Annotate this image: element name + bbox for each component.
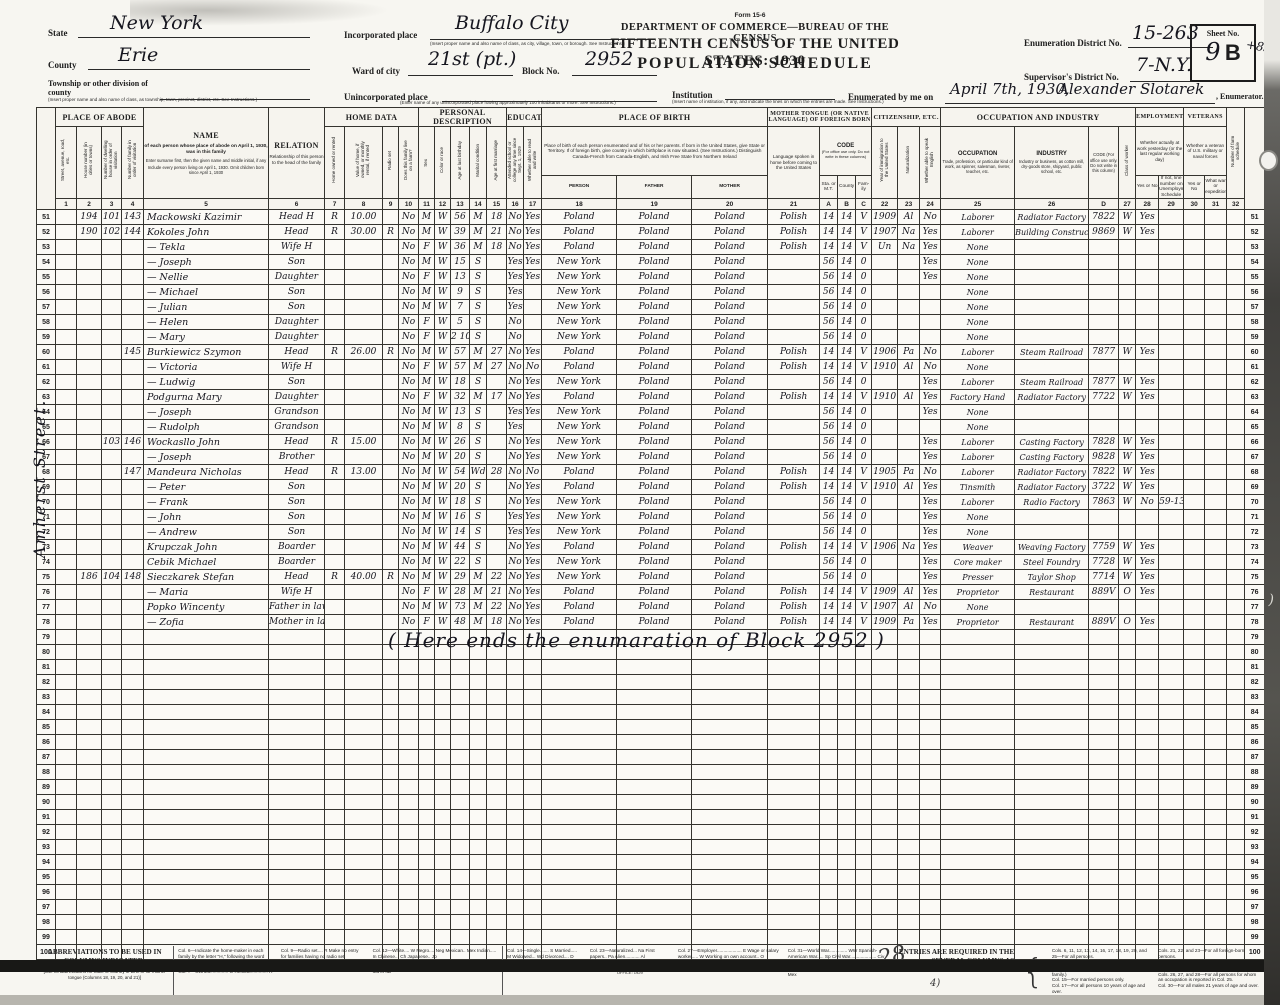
line-number: 83 bbox=[37, 690, 56, 705]
cell: W bbox=[435, 600, 451, 615]
band-citizenship: CITIZENSHIP, ETC. bbox=[872, 108, 941, 127]
cell bbox=[1089, 525, 1119, 540]
cell bbox=[872, 255, 898, 270]
cell: Yes bbox=[1136, 435, 1159, 450]
cell bbox=[102, 465, 122, 480]
cell bbox=[1089, 285, 1119, 300]
cell bbox=[56, 750, 77, 765]
cell bbox=[898, 660, 920, 675]
cell bbox=[941, 765, 1015, 780]
cell bbox=[898, 900, 920, 915]
cell bbox=[920, 855, 941, 870]
cell bbox=[487, 525, 507, 540]
cell bbox=[1205, 525, 1227, 540]
cell bbox=[451, 675, 470, 690]
cell: W bbox=[435, 585, 451, 600]
table-row: 70— FrankSonNoMW18SNoYesNew YorkPolandPo… bbox=[37, 495, 1265, 510]
cell bbox=[102, 735, 122, 750]
cell bbox=[1205, 435, 1227, 450]
table-row: 8585 bbox=[37, 720, 1265, 735]
cell: Yes bbox=[920, 525, 941, 540]
cell bbox=[102, 900, 122, 915]
table-row: 8282 bbox=[37, 675, 1265, 690]
cell: 0 bbox=[856, 315, 872, 330]
cell: 144 bbox=[122, 225, 144, 240]
cell bbox=[768, 870, 820, 885]
cell: Grandson bbox=[269, 405, 325, 420]
cell: Yes bbox=[524, 480, 542, 495]
sheet-letter-stamp: B bbox=[1225, 40, 1241, 65]
cell: 18 bbox=[451, 495, 470, 510]
line-number-right: 90 bbox=[1245, 795, 1265, 810]
cell bbox=[399, 825, 419, 840]
col-pob-person-header: PERSON bbox=[542, 176, 617, 199]
cell: 14 bbox=[838, 225, 856, 240]
cell: 14 bbox=[820, 390, 838, 405]
cell bbox=[102, 630, 122, 645]
cell: 1907 bbox=[872, 225, 898, 240]
cell bbox=[1089, 255, 1119, 270]
cell: M bbox=[419, 435, 435, 450]
cell bbox=[77, 885, 102, 900]
cell bbox=[269, 660, 325, 675]
cell bbox=[1205, 345, 1227, 360]
cell bbox=[768, 510, 820, 525]
cell bbox=[144, 915, 269, 930]
cell bbox=[419, 900, 435, 915]
cell bbox=[1205, 300, 1227, 315]
cell bbox=[1089, 315, 1119, 330]
cell bbox=[1227, 855, 1245, 870]
cell bbox=[122, 330, 144, 345]
line-number-right: 78 bbox=[1245, 615, 1265, 630]
cell bbox=[920, 315, 941, 330]
cell bbox=[325, 675, 345, 690]
cell: Polish bbox=[768, 600, 820, 615]
column-number: 25 bbox=[941, 199, 1015, 210]
line-number: 54 bbox=[37, 255, 56, 270]
cell: 1907 bbox=[872, 600, 898, 615]
cell: 1906 bbox=[872, 540, 898, 555]
cell: New York bbox=[542, 270, 617, 285]
table-row: 72— AndrewSonNoMW14SYesYesNew YorkPoland… bbox=[37, 525, 1265, 540]
cell bbox=[487, 735, 507, 750]
cell bbox=[487, 765, 507, 780]
cell bbox=[898, 765, 920, 780]
cell: 56 bbox=[820, 270, 838, 285]
cell bbox=[77, 645, 102, 660]
cell: W bbox=[435, 465, 451, 480]
cell: — Victoria bbox=[144, 360, 269, 375]
cell bbox=[898, 750, 920, 765]
cell bbox=[102, 795, 122, 810]
cell bbox=[383, 270, 399, 285]
cell bbox=[1136, 255, 1159, 270]
cell bbox=[419, 810, 435, 825]
cell bbox=[898, 870, 920, 885]
col-race-header: Color or race bbox=[435, 127, 451, 199]
cell bbox=[1205, 900, 1227, 915]
cell: Poland bbox=[617, 525, 692, 540]
line-number: 96 bbox=[37, 885, 56, 900]
cell bbox=[1119, 900, 1136, 915]
cell bbox=[77, 870, 102, 885]
cell bbox=[144, 885, 269, 900]
cell: No bbox=[399, 510, 419, 525]
cell bbox=[898, 450, 920, 465]
col-class-of-worker-header: Class of worker bbox=[1119, 127, 1136, 199]
cell: 27 bbox=[487, 345, 507, 360]
cell bbox=[838, 660, 856, 675]
cell: Steel Foundry bbox=[1015, 555, 1089, 570]
cell: S bbox=[470, 300, 487, 315]
cell: Son bbox=[269, 255, 325, 270]
cell bbox=[345, 420, 383, 435]
cell bbox=[77, 285, 102, 300]
cell bbox=[856, 855, 872, 870]
cell bbox=[768, 825, 820, 840]
column-number: 30 bbox=[1184, 199, 1205, 210]
line-number-right: 63 bbox=[1245, 390, 1265, 405]
cell: No bbox=[399, 450, 419, 465]
cell bbox=[383, 285, 399, 300]
cell: S bbox=[470, 255, 487, 270]
cell: Daughter bbox=[269, 270, 325, 285]
cell: Son bbox=[269, 480, 325, 495]
cell bbox=[77, 270, 102, 285]
cell bbox=[144, 810, 269, 825]
cell: Yes bbox=[1136, 540, 1159, 555]
cell: No bbox=[507, 390, 524, 405]
cell: Wife H bbox=[269, 360, 325, 375]
cell bbox=[56, 570, 77, 585]
column-number: 6 bbox=[269, 199, 325, 210]
cell bbox=[898, 435, 920, 450]
cell bbox=[768, 765, 820, 780]
footer-abbreviations: ABBREVIATIONS TO BE USED IN COLUMNS INDI… bbox=[36, 946, 1264, 998]
cell bbox=[399, 690, 419, 705]
column-number: C bbox=[856, 199, 872, 210]
cell: New York bbox=[542, 555, 617, 570]
cell bbox=[1227, 870, 1245, 885]
cell bbox=[856, 675, 872, 690]
cell bbox=[898, 375, 920, 390]
cell bbox=[383, 585, 399, 600]
cell bbox=[898, 915, 920, 930]
county-label: County bbox=[48, 60, 77, 70]
cell bbox=[1159, 240, 1184, 255]
cell bbox=[872, 735, 898, 750]
cell bbox=[56, 510, 77, 525]
line-number-right: 54 bbox=[1245, 255, 1265, 270]
cell bbox=[470, 930, 487, 945]
cell: Yes bbox=[920, 375, 941, 390]
cell bbox=[345, 690, 383, 705]
cell bbox=[102, 315, 122, 330]
cell bbox=[524, 870, 542, 885]
cell: M bbox=[419, 525, 435, 540]
cell bbox=[269, 840, 325, 855]
line-number-right: 55 bbox=[1245, 270, 1265, 285]
cell bbox=[487, 330, 507, 345]
cell: — Michael bbox=[144, 285, 269, 300]
cell: 1910 bbox=[872, 390, 898, 405]
cell: No bbox=[507, 360, 524, 375]
cell bbox=[102, 615, 122, 630]
cell: Poland bbox=[617, 495, 692, 510]
line-number: 84 bbox=[37, 705, 56, 720]
cell: 13 bbox=[451, 270, 470, 285]
cell: 18 bbox=[451, 375, 470, 390]
cell bbox=[56, 720, 77, 735]
table-row: 51194101143Mackowski KazimirHead HR10.00… bbox=[37, 210, 1265, 225]
cell bbox=[325, 255, 345, 270]
cell bbox=[451, 885, 470, 900]
cell: 56 bbox=[820, 435, 838, 450]
cell bbox=[435, 915, 451, 930]
cell bbox=[451, 705, 470, 720]
cell: No bbox=[399, 285, 419, 300]
cell bbox=[487, 480, 507, 495]
cell: Polish bbox=[768, 465, 820, 480]
cell bbox=[1205, 570, 1227, 585]
township-note: (Insert proper name and also name of cla… bbox=[48, 97, 318, 102]
cell: 7822 bbox=[1089, 465, 1119, 480]
cell bbox=[77, 750, 102, 765]
cell bbox=[345, 495, 383, 510]
cell: R bbox=[325, 465, 345, 480]
cell bbox=[487, 285, 507, 300]
cell bbox=[820, 675, 838, 690]
cell: No bbox=[399, 570, 419, 585]
cell: F bbox=[419, 240, 435, 255]
cell: Laborer bbox=[941, 375, 1015, 390]
cell bbox=[920, 795, 941, 810]
cell bbox=[692, 675, 768, 690]
cell bbox=[419, 885, 435, 900]
cell bbox=[1184, 225, 1205, 240]
cell bbox=[56, 330, 77, 345]
cell bbox=[1184, 495, 1205, 510]
cell bbox=[1159, 660, 1184, 675]
line-number-right: 68 bbox=[1245, 465, 1265, 480]
cell bbox=[1119, 795, 1136, 810]
cell bbox=[768, 675, 820, 690]
cell bbox=[838, 915, 856, 930]
cell: 889V bbox=[1089, 585, 1119, 600]
cell bbox=[1205, 510, 1227, 525]
cell: W bbox=[435, 270, 451, 285]
cell: Head bbox=[269, 345, 325, 360]
cell bbox=[898, 270, 920, 285]
cell bbox=[1159, 705, 1184, 720]
cell: W bbox=[435, 240, 451, 255]
cell bbox=[383, 675, 399, 690]
sup-district-value: 7-N.Y. bbox=[1136, 54, 1192, 76]
cell bbox=[487, 750, 507, 765]
cell: — Maria bbox=[144, 585, 269, 600]
cell: No bbox=[507, 375, 524, 390]
cell: No bbox=[1136, 495, 1159, 510]
cell: Poland bbox=[617, 435, 692, 450]
cell bbox=[144, 705, 269, 720]
cell bbox=[542, 675, 617, 690]
cell bbox=[872, 780, 898, 795]
cell bbox=[1205, 690, 1227, 705]
cell bbox=[77, 495, 102, 510]
cell: New York bbox=[542, 435, 617, 450]
cell bbox=[1184, 390, 1205, 405]
cell bbox=[144, 930, 269, 945]
column-number: 14 bbox=[470, 199, 487, 210]
cell bbox=[487, 555, 507, 570]
cell: Son bbox=[269, 495, 325, 510]
cell: 32 bbox=[451, 390, 470, 405]
cell bbox=[856, 885, 872, 900]
cell: 148 bbox=[122, 570, 144, 585]
cell: 0 bbox=[856, 420, 872, 435]
cell bbox=[56, 675, 77, 690]
cell: Poland bbox=[542, 600, 617, 615]
cell: 14 bbox=[838, 375, 856, 390]
cell: S bbox=[470, 525, 487, 540]
cell: Polish bbox=[768, 540, 820, 555]
cell bbox=[102, 705, 122, 720]
cell: 30.00 bbox=[345, 225, 383, 240]
cell bbox=[144, 675, 269, 690]
cell bbox=[325, 900, 345, 915]
cell bbox=[838, 930, 856, 945]
cell bbox=[1184, 915, 1205, 930]
cell bbox=[1184, 330, 1205, 345]
cell bbox=[77, 405, 102, 420]
cell bbox=[1184, 465, 1205, 480]
name-col-header: NAME of each person whose place of abode… bbox=[144, 108, 269, 199]
cell bbox=[1227, 735, 1245, 750]
cell bbox=[1205, 270, 1227, 285]
cell bbox=[820, 810, 838, 825]
line-number-right: 89 bbox=[1245, 780, 1265, 795]
binder-hole bbox=[1259, 150, 1278, 171]
cell: No bbox=[524, 465, 542, 480]
table-row: 9696 bbox=[37, 885, 1265, 900]
cell bbox=[56, 855, 77, 870]
cell bbox=[920, 915, 941, 930]
cell bbox=[487, 375, 507, 390]
cell bbox=[487, 300, 507, 315]
cell bbox=[941, 735, 1015, 750]
scan-edge-bottom bbox=[0, 960, 1280, 972]
cell bbox=[325, 450, 345, 465]
cell: — John bbox=[144, 510, 269, 525]
cell bbox=[872, 855, 898, 870]
cell: None bbox=[941, 420, 1015, 435]
cell bbox=[345, 615, 383, 630]
cell bbox=[102, 390, 122, 405]
band-home-data: HOME DATA bbox=[325, 108, 419, 127]
cell bbox=[435, 780, 451, 795]
cell: Poland bbox=[692, 360, 768, 375]
cell: V bbox=[856, 360, 872, 375]
cell bbox=[898, 795, 920, 810]
cell bbox=[507, 765, 524, 780]
cell: Yes bbox=[920, 255, 941, 270]
cell bbox=[1136, 285, 1159, 300]
cell bbox=[1119, 360, 1136, 375]
cell: 14 bbox=[820, 600, 838, 615]
cell: 59-13 bbox=[1159, 495, 1184, 510]
cell bbox=[856, 705, 872, 720]
line-number-right: 79 bbox=[1245, 630, 1265, 645]
cell: 1906 bbox=[872, 345, 898, 360]
cell: Poland bbox=[692, 555, 768, 570]
cell bbox=[325, 270, 345, 285]
cell: M bbox=[470, 390, 487, 405]
cell bbox=[1205, 390, 1227, 405]
cell bbox=[1119, 780, 1136, 795]
col-pob-mother-header: MOTHER bbox=[692, 176, 768, 199]
cell: Head H bbox=[269, 210, 325, 225]
cell: Yes bbox=[507, 270, 524, 285]
cell bbox=[144, 630, 269, 645]
cell: V bbox=[856, 600, 872, 615]
cell: Yes bbox=[507, 300, 524, 315]
cell bbox=[102, 870, 122, 885]
cell bbox=[56, 585, 77, 600]
cell bbox=[1089, 900, 1119, 915]
cell bbox=[399, 735, 419, 750]
cell bbox=[1205, 315, 1227, 330]
cell bbox=[470, 705, 487, 720]
cell: M bbox=[419, 465, 435, 480]
cell bbox=[524, 735, 542, 750]
cell bbox=[941, 855, 1015, 870]
line-number-right: 93 bbox=[1245, 840, 1265, 855]
cell: 56 bbox=[820, 330, 838, 345]
cell bbox=[507, 690, 524, 705]
col-at-work-header: Yes or No bbox=[1136, 176, 1159, 199]
cell: Yes bbox=[920, 495, 941, 510]
cell: Yes bbox=[507, 405, 524, 420]
cell: Yes bbox=[920, 510, 941, 525]
cell bbox=[77, 435, 102, 450]
cell bbox=[941, 915, 1015, 930]
cell: No bbox=[399, 255, 419, 270]
form-number: Form 15-6 bbox=[700, 12, 800, 19]
cell: S bbox=[470, 270, 487, 285]
cell: Yes bbox=[1136, 450, 1159, 465]
column-number: 19 bbox=[617, 199, 692, 210]
cell: — Rudolph bbox=[144, 420, 269, 435]
cell bbox=[920, 675, 941, 690]
cell bbox=[920, 630, 941, 645]
table-row: 9494 bbox=[37, 855, 1265, 870]
cell bbox=[399, 705, 419, 720]
line-number: 98 bbox=[37, 915, 56, 930]
cell bbox=[920, 300, 941, 315]
cell bbox=[542, 825, 617, 840]
cell bbox=[920, 780, 941, 795]
cell bbox=[1015, 270, 1089, 285]
cell: Laborer bbox=[941, 345, 1015, 360]
cell bbox=[920, 885, 941, 900]
cell: M bbox=[419, 345, 435, 360]
cell bbox=[768, 750, 820, 765]
cell bbox=[1205, 555, 1227, 570]
cell: No bbox=[507, 315, 524, 330]
cell bbox=[617, 825, 692, 840]
cell: No bbox=[399, 270, 419, 285]
